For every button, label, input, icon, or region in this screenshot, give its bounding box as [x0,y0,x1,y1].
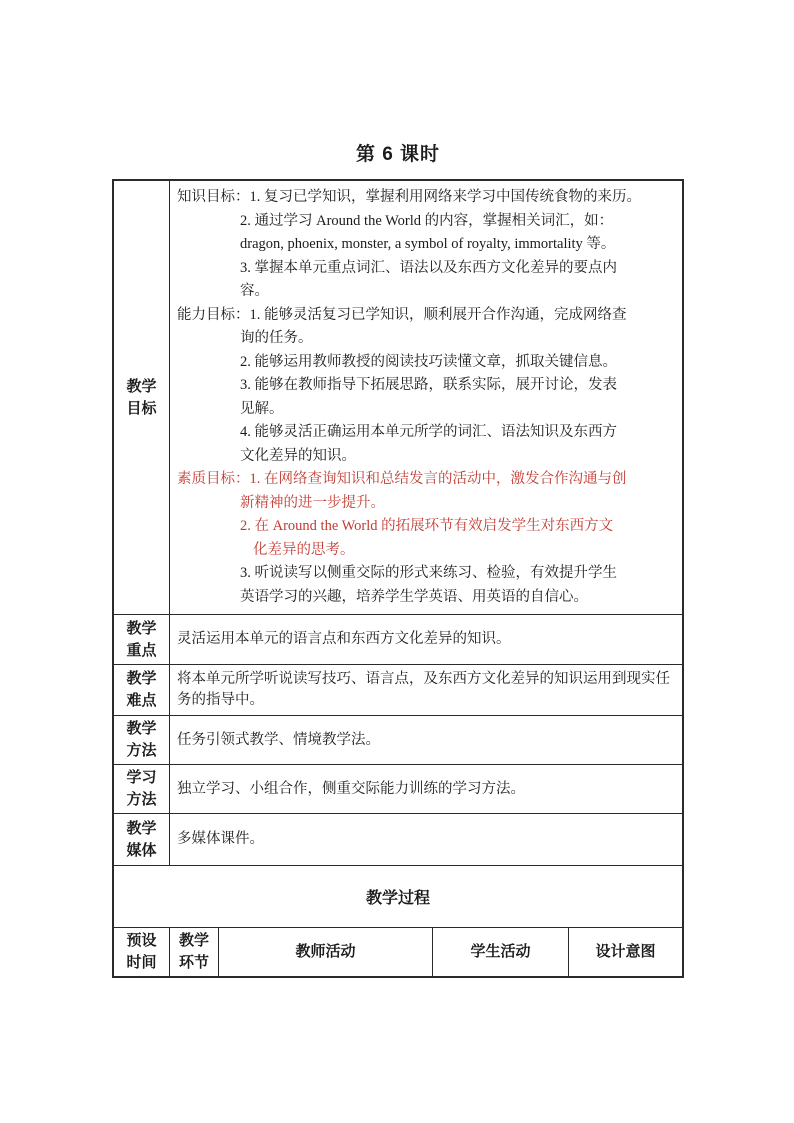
lesson-plan-table: 教学 目标 知识目标：1. 复习已学知识，掌握利用网络来学习中国传统食物的来历。… [112,179,684,978]
objective-line: 2. 能够运用教师教授的阅读技巧读懂文章，抓取关键信息。 [177,351,676,375]
objective-line: 询的任务。 [177,327,676,351]
page-title: 第 6 课时 [112,142,684,168]
header-teacher-activity: 教师活动 [219,928,433,976]
header-preset-time: 预设 时间 [114,928,170,976]
objective-line: 知识目标：1. 复习已学知识，掌握利用网络来学习中国传统食物的来历。 [177,186,676,210]
header-teaching-segment: 教学 环节 [170,928,219,976]
difficulty-row-label: 教学 难点 [114,665,170,715]
objective-line: 4. 能够灵活正确运用本单元所学的词汇、语法知识及东西方 [177,421,676,445]
row-learning-method: 学习 方法 独立学习、小组合作，侧重交际能力训练的学习方法。 [114,764,682,813]
focus-content: 灵活运用本单元的语言点和东西方文化差异的知识。 [170,615,682,664]
row-teaching-objectives: 教学 目标 知识目标：1. 复习已学知识，掌握利用网络来学习中国传统食物的来历。… [114,181,682,614]
objective-line: 素质目标：1. 在网络查询知识和总结发言的活动中，激发合作沟通与创 [177,468,676,492]
objective-line: 化差异的思考。 [177,539,676,563]
media-content: 多媒体课件。 [170,814,682,865]
document-page: 第 6 课时 教学 目标 知识目标：1. 复习已学知识，掌握利用网络来学习中国传… [0,0,794,1123]
row-teaching-focus: 教学 重点 灵活运用本单元的语言点和东西方文化差异的知识。 [114,614,682,664]
row-process-header: 预设 时间 教学 环节 教师活动 学生活动 设计意图 [114,927,682,976]
objective-line: 英语学习的兴趣，培养学生学英语、用英语的自信心。 [177,586,676,610]
process-banner-title: 教学过程 [114,866,682,927]
objective-line: 2. 在 Around the World 的拓展环节有效启发学生对东西方文 [177,515,676,539]
objectives-row-label: 教学 目标 [114,181,170,614]
row-teaching-media: 教学 媒体 多媒体课件。 [114,813,682,865]
learning-method-content: 独立学习、小组合作，侧重交际能力训练的学习方法。 [170,765,682,813]
difficulty-content: 将本单元所学听说读写技巧、语言点，及东西方文化差异的知识运用到现实任务的指导中。 [170,665,682,715]
objective-line: 能力目标：1. 能够灵活复习已学知识，顺利展开合作沟通，完成网络查 [177,304,676,328]
row-process-banner: 教学过程 [114,865,682,927]
objective-line: 新精神的进一步提升。 [177,492,676,516]
objectives-content: 知识目标：1. 复习已学知识，掌握利用网络来学习中国传统食物的来历。2. 通过学… [170,181,682,614]
objective-line: 2. 通过学习 Around the World 的内容，掌握相关词汇，如： [177,210,676,234]
objective-line: 文化差异的知识。 [177,445,676,469]
teaching-method-row-label: 教学 方法 [114,716,170,764]
objective-line: 见解。 [177,398,676,422]
objective-line: 容。 [177,280,676,304]
teaching-method-content: 任务引领式教学、情境教学法。 [170,716,682,764]
row-teaching-difficulty: 教学 难点 将本单元所学听说读写技巧、语言点，及东西方文化差异的知识运用到现实任… [114,664,682,715]
objective-line: dragon, phoenix, monster, a symbol of ro… [177,233,676,257]
objective-line: 3. 掌握本单元重点词汇、语法以及东西方文化差异的要点内 [177,257,676,281]
row-teaching-method: 教学 方法 任务引领式教学、情境教学法。 [114,715,682,764]
objective-line: 3. 能够在教师指导下拓展思路，联系实际，展开讨论，发表 [177,374,676,398]
learning-method-row-label: 学习 方法 [114,765,170,813]
header-student-activity: 学生活动 [433,928,569,976]
objective-line: 3. 听说读写以侧重交际的形式来练习、检验，有效提升学生 [177,562,676,586]
header-design-intent: 设计意图 [569,928,682,976]
media-row-label: 教学 媒体 [114,814,170,865]
focus-row-label: 教学 重点 [114,615,170,664]
